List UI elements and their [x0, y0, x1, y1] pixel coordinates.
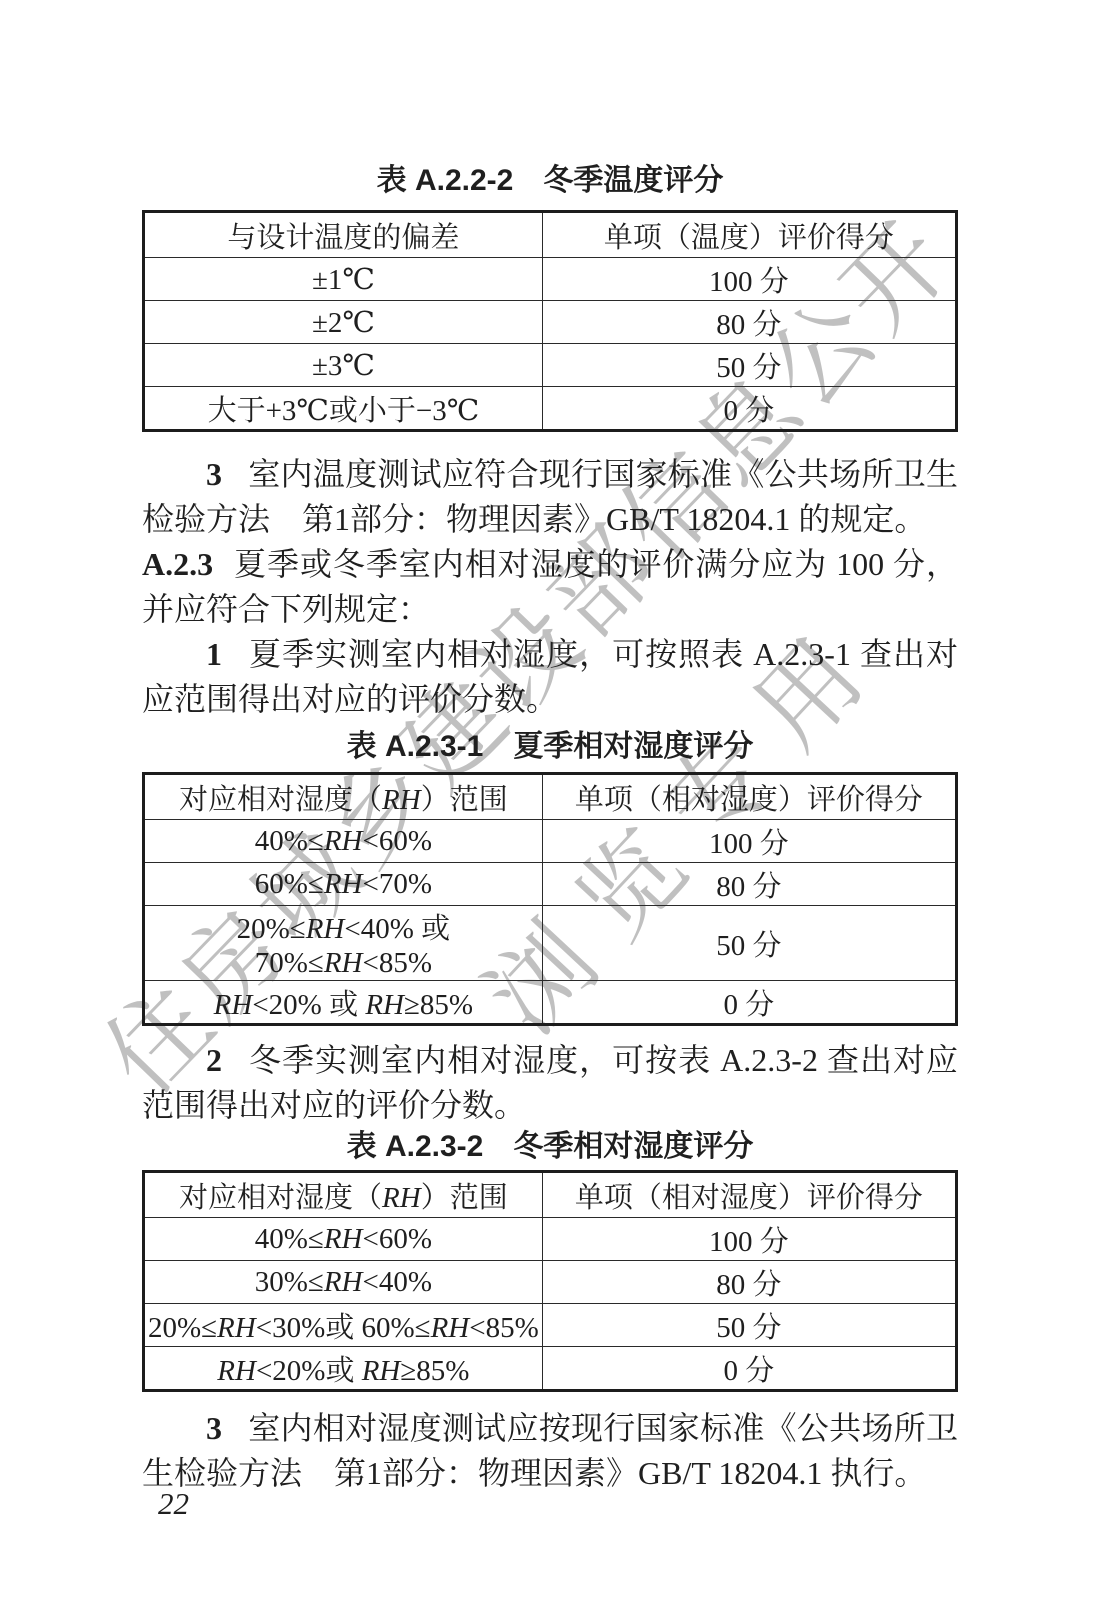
paragraph-text: 夏季实测室内相对湿度，可按照表 A.2.3-1 查出对应范围得出对应的评价分数。: [142, 636, 958, 717]
table-row: RH<20% 或 RH≥85% 0 分: [144, 981, 957, 1025]
table-a232-title: 表 A.2.3-2 冬季相对湿度评分: [142, 1130, 958, 1164]
cell-score: 100 分: [542, 258, 956, 301]
column-header-rh-range: 对应相对湿度（RH）范围: [144, 1172, 543, 1218]
document-page: 住房城乡建设部信息公开 浏览专用 表 A.2.2-2 冬季温度评分 与设计温度的…: [0, 0, 1103, 1598]
column-header-score: 单项（相对湿度）评价得分: [542, 774, 956, 820]
paragraph-item-3-temperature-test: 3室内温度测试应符合现行国家标准《公共场所卫生检验方法 第1部分：物理因素》GB…: [142, 452, 958, 542]
table-a222-winter-temperature-scoring: 与设计温度的偏差 单项（温度）评价得分 ±1℃ 100 分 ±2℃ 80 分 ±…: [142, 210, 958, 432]
table-a222-title: 表 A.2.2-2 冬季温度评分: [142, 164, 958, 198]
cell-score: 50 分: [542, 1304, 956, 1347]
cell-range: 40%≤RH<60%: [144, 820, 543, 863]
paragraph-number: 1: [206, 636, 222, 672]
table-row: ±1℃ 100 分: [144, 258, 957, 301]
cell-score: 0 分: [542, 1347, 956, 1391]
table-a231-summer-humidity-scoring: 对应相对湿度（RH）范围 单项（相对湿度）评价得分 40%≤RH<60% 100…: [142, 772, 958, 1026]
table-row: 40%≤RH<60% 100 分: [144, 820, 957, 863]
table-row: RH<20%或 RH≥85% 0 分: [144, 1347, 957, 1391]
paragraph-block: 2冬季实测室内相对湿度，可按表 A.2.3-2 查出对应范围得出对应的评价分数。: [142, 1038, 958, 1128]
paragraph-text: 室内相对湿度测试应按现行国家标准《公共场所卫生检验方法 第1部分：物理因素》GB…: [142, 1410, 958, 1491]
paragraph-text: 室内温度测试应符合现行国家标准《公共场所卫生检验方法 第1部分：物理因素》GB/…: [142, 456, 958, 537]
cell-score: 50 分: [542, 906, 956, 981]
paragraph-block: 3室内温度测试应符合现行国家标准《公共场所卫生检验方法 第1部分：物理因素》GB…: [142, 452, 958, 722]
clause-a23: A.2.3夏季或冬季室内相对湿度的评价满分应为 100 分，并应符合下列规定：: [142, 542, 958, 632]
column-header-rh-range: 对应相对湿度（RH）范围: [144, 774, 543, 820]
paragraph-item-3-rh-test: 3室内相对湿度测试应按现行国家标准《公共场所卫生检验方法 第1部分：物理因素》G…: [142, 1406, 958, 1496]
table-header-row: 与设计温度的偏差 单项（温度）评价得分: [144, 212, 957, 258]
column-header-score: 单项（相对湿度）评价得分: [542, 1172, 956, 1218]
table-header-row: 对应相对湿度（RH）范围 单项（相对湿度）评价得分: [144, 1172, 957, 1218]
table-row: 20%≤RH<40% 或 70%≤RH<85% 50 分: [144, 906, 957, 981]
paragraph-item-2-winter-rh: 2冬季实测室内相对湿度，可按表 A.2.3-2 查出对应范围得出对应的评价分数。: [142, 1038, 958, 1128]
cell-range: 20%≤RH<40% 或 70%≤RH<85%: [144, 906, 543, 981]
table-row: 40%≤RH<60% 100 分: [144, 1218, 957, 1261]
paragraph-number: 3: [206, 1410, 222, 1446]
table-a231-title: 表 A.2.3-1 夏季相对湿度评分: [142, 730, 958, 764]
cell-range: 60%≤RH<70%: [144, 863, 543, 906]
paragraph-block: 3室内相对湿度测试应按现行国家标准《公共场所卫生检验方法 第1部分：物理因素》G…: [142, 1406, 958, 1496]
cell-range: 40%≤RH<60%: [144, 1218, 543, 1261]
cell-range: 20%≤RH<30%或 60%≤RH<85%: [144, 1304, 543, 1347]
cell-range: ±1℃: [144, 258, 543, 301]
table-row: 大于+3℃或小于−3℃ 0 分: [144, 387, 957, 431]
cell-range: 30%≤RH<40%: [144, 1261, 543, 1304]
cell-score: 50 分: [542, 344, 956, 387]
cell-range: RH<20% 或 RH≥85%: [144, 981, 543, 1025]
cell-score: 100 分: [542, 820, 956, 863]
column-header-deviation: 与设计温度的偏差: [144, 212, 543, 258]
column-header-score: 单项（温度）评价得分: [542, 212, 956, 258]
cell-score: 80 分: [542, 863, 956, 906]
table-row: 60%≤RH<70% 80 分: [144, 863, 957, 906]
cell-score: 80 分: [542, 301, 956, 344]
page-number: 22: [158, 1486, 189, 1522]
cell-score: 0 分: [542, 981, 956, 1025]
page-content: 表 A.2.2-2 冬季温度评分 与设计温度的偏差 单项（温度）评价得分 ±1℃…: [142, 0, 958, 1496]
table-row: ±3℃ 50 分: [144, 344, 957, 387]
table-header-row: 对应相对湿度（RH）范围 单项（相对湿度）评价得分: [144, 774, 957, 820]
table-row: ±2℃ 80 分: [144, 301, 957, 344]
table-a232-winter-humidity-scoring: 对应相对湿度（RH）范围 单项（相对湿度）评价得分 40%≤RH<60% 100…: [142, 1170, 958, 1392]
cell-range: ±2℃: [144, 301, 543, 344]
clause-number: A.2.3: [142, 546, 213, 582]
table-row: 30%≤RH<40% 80 分: [144, 1261, 957, 1304]
cell-score: 100 分: [542, 1218, 956, 1261]
paragraph-number: 3: [206, 456, 222, 492]
paragraph-item-1-summer-rh: 1夏季实测室内相对湿度，可按照表 A.2.3-1 查出对应范围得出对应的评价分数…: [142, 632, 958, 722]
paragraph-number: 2: [206, 1042, 222, 1078]
cell-range: RH<20%或 RH≥85%: [144, 1347, 543, 1391]
cell-range: ±3℃: [144, 344, 543, 387]
paragraph-text: 冬季实测室内相对湿度，可按表 A.2.3-2 查出对应范围得出对应的评价分数。: [142, 1042, 958, 1123]
table-row: 20%≤RH<30%或 60%≤RH<85% 50 分: [144, 1304, 957, 1347]
clause-text: 夏季或冬季室内相对湿度的评价满分应为 100 分，并应符合下列规定：: [142, 546, 958, 627]
cell-score: 0 分: [542, 387, 956, 431]
cell-range: 大于+3℃或小于−3℃: [144, 387, 543, 431]
cell-score: 80 分: [542, 1261, 956, 1304]
